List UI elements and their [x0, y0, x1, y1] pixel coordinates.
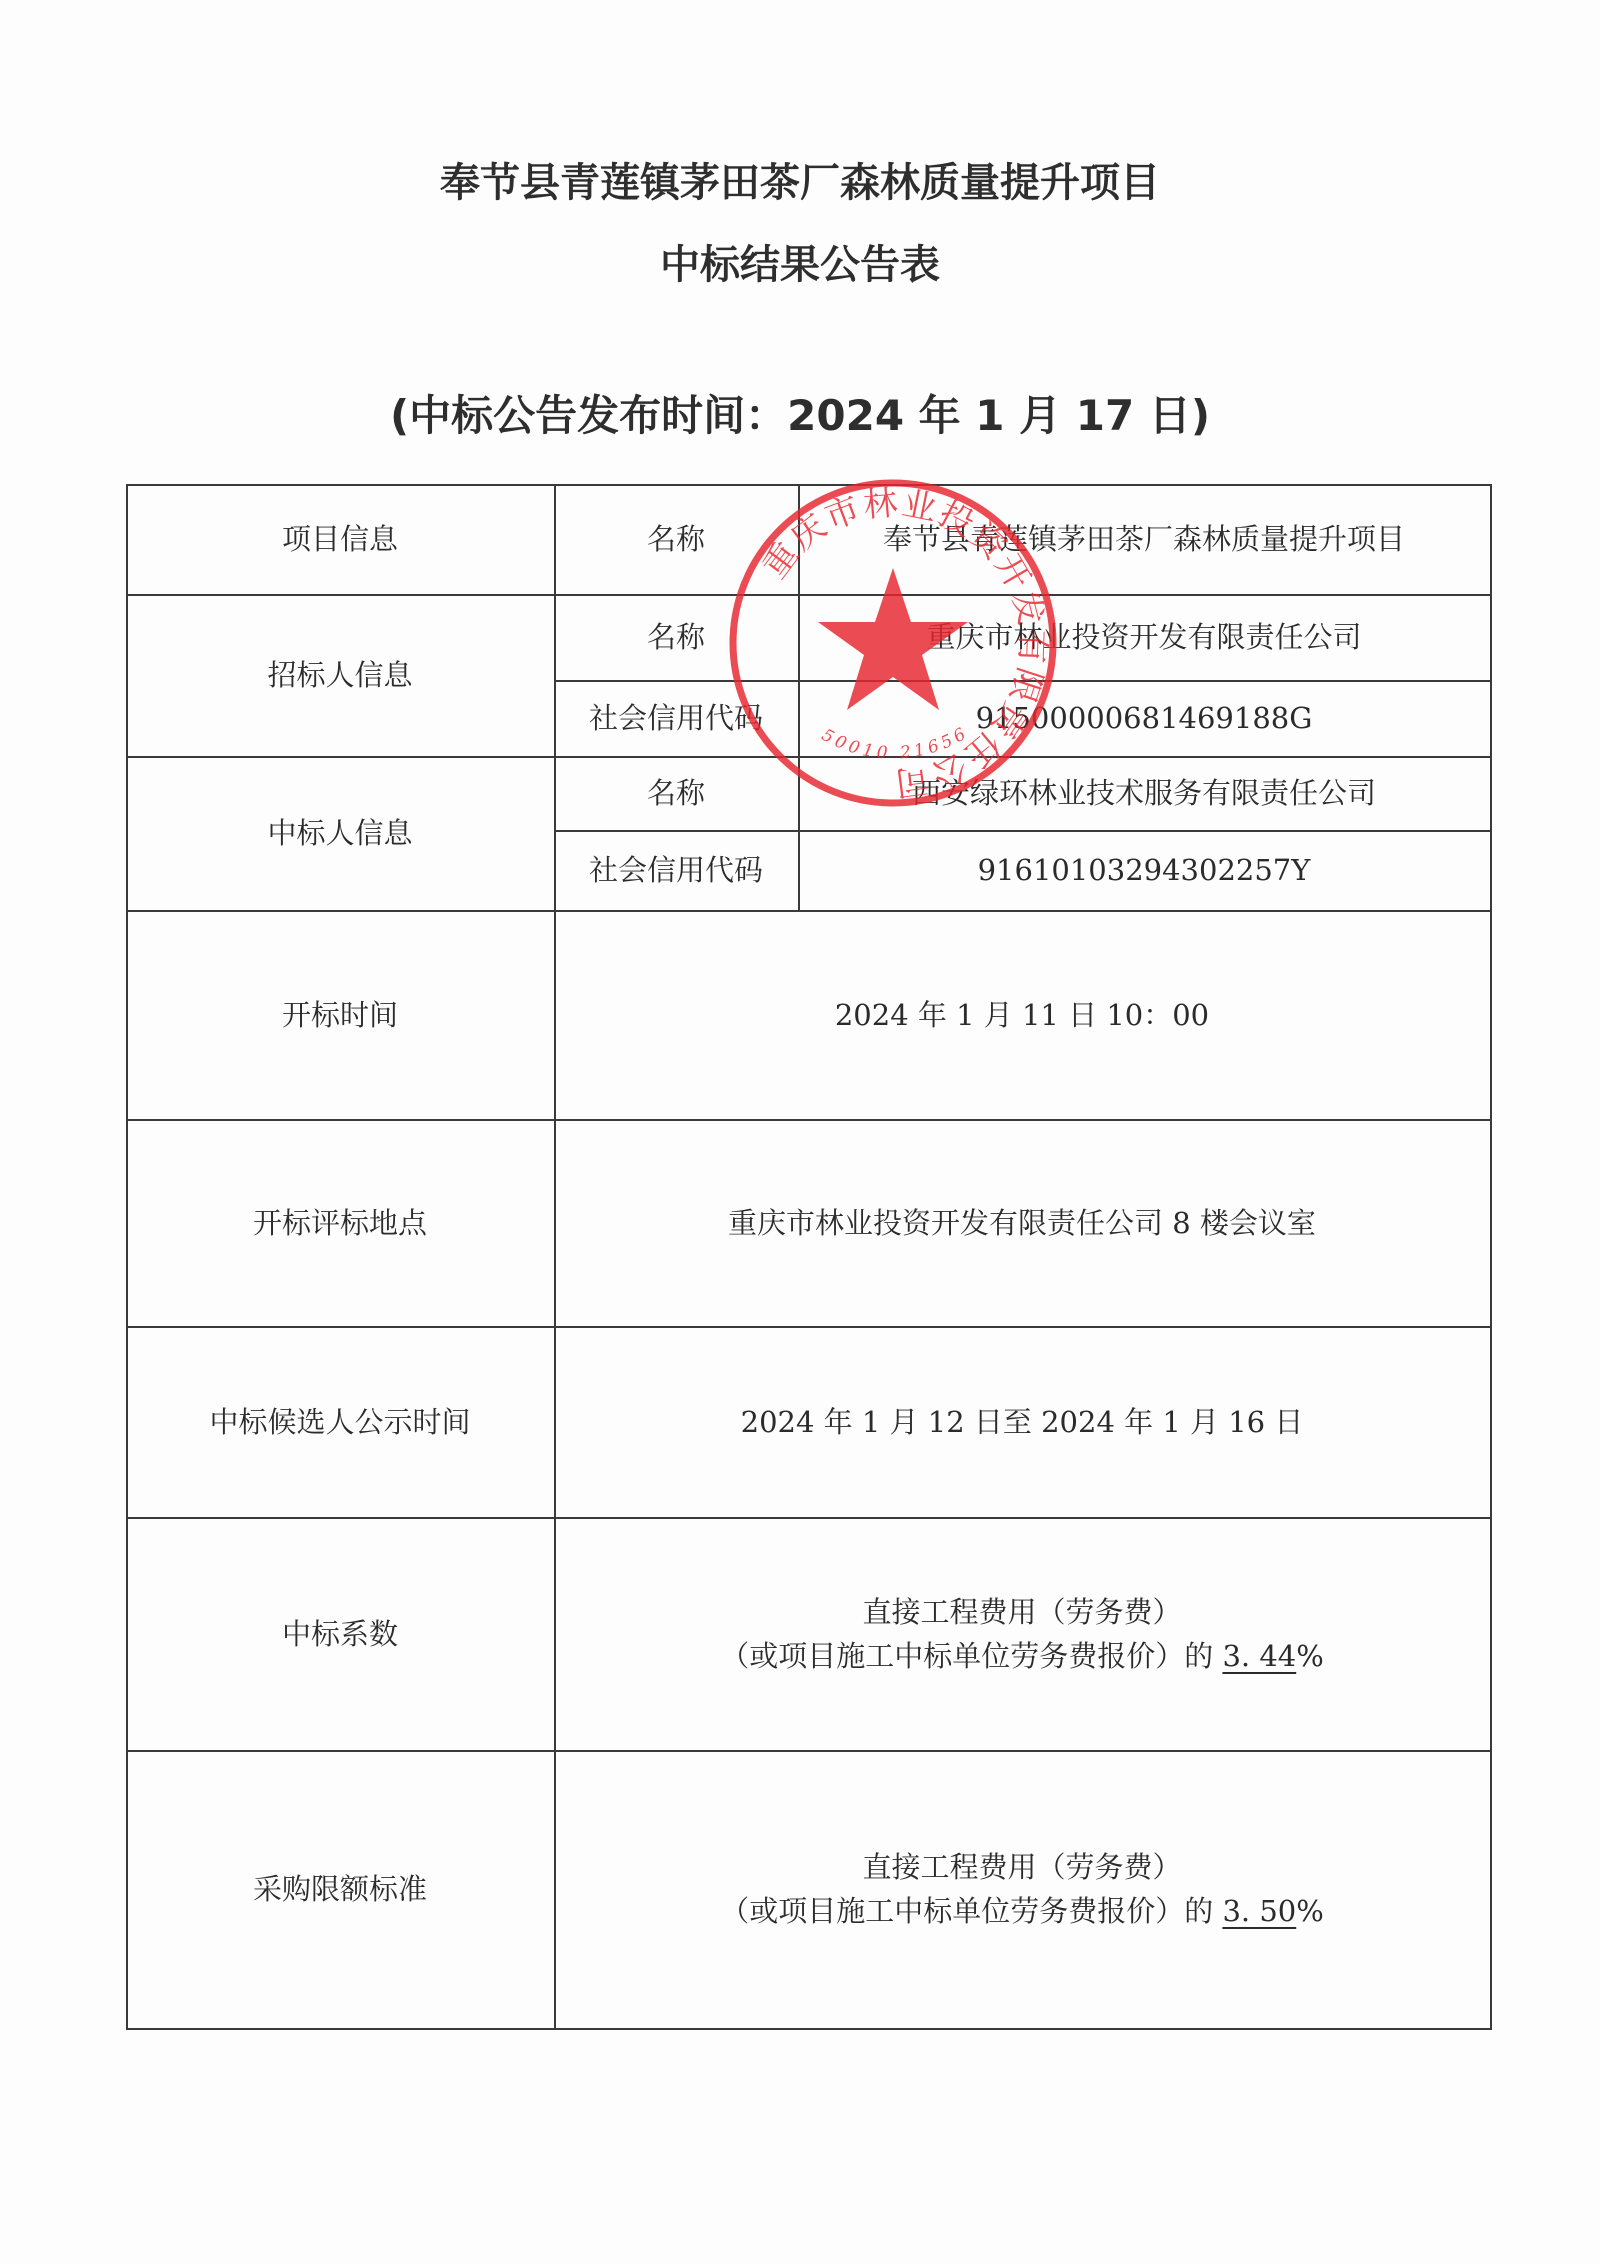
- winner-info-label: 中标人信息: [126, 756, 554, 910]
- tenderer-credit-code-value: 91500000681469188G: [798, 680, 1490, 756]
- procurement-limit-value: 直接工程费用（劳务费） （或项目施工中标单位劳务费报价）的 3. 50%: [554, 1750, 1490, 2028]
- bid-coefficient-line2: （或项目施工中标单位劳务费报价）的 3. 44%: [720, 1634, 1324, 1678]
- procurement-limit-percent-sign: %: [1296, 1894, 1324, 1928]
- project-info-label: 项目信息: [126, 484, 554, 594]
- bid-coefficient-value: 直接工程费用（劳务费） （或项目施工中标单位劳务费报价）的 3. 44%: [554, 1517, 1490, 1750]
- procurement-limit-line2-prefix: （或项目施工中标单位劳务费报价）的: [720, 1894, 1222, 1928]
- publish-time: (中标公告发布时间：2024 年 1 月 17 日): [0, 390, 1600, 442]
- bid-location-value: 重庆市林业投资开发有限责任公司 8 楼会议室: [554, 1119, 1490, 1326]
- candidate-publicity-value: 2024 年 1 月 12 日至 2024 年 1 月 16 日: [554, 1326, 1490, 1517]
- procurement-limit-line1: 直接工程费用（劳务费）: [720, 1845, 1324, 1889]
- candidate-publicity-label: 中标候选人公示时间: [126, 1326, 554, 1517]
- procurement-limit-line2: （或项目施工中标单位劳务费报价）的 3. 50%: [720, 1889, 1324, 1933]
- tenderer-name-value: 重庆市林业投资开发有限责任公司: [798, 594, 1490, 680]
- tenderer-info-label: 招标人信息: [126, 594, 554, 756]
- bid-location-label: 开标评标地点: [126, 1119, 554, 1326]
- project-name-value: 奉节县青莲镇茅田茶厂森林质量提升项目: [798, 484, 1490, 594]
- bid-coefficient-percent: 3. 44: [1222, 1639, 1296, 1673]
- bid-coefficient-text: 直接工程费用（劳务费） （或项目施工中标单位劳务费报价）的 3. 44%: [720, 1590, 1324, 1678]
- bid-coefficient-line2-prefix: （或项目施工中标单位劳务费报价）的: [720, 1639, 1222, 1673]
- winner-name-value: 西安绿环林业技术服务有限责任公司: [798, 756, 1490, 830]
- table-border-bottom: [126, 2028, 1492, 2030]
- tenderer-credit-code-label: 社会信用代码: [554, 680, 798, 756]
- bid-coefficient-percent-sign: %: [1296, 1639, 1324, 1673]
- bid-coefficient-label: 中标系数: [126, 1517, 554, 1750]
- table-border-right: [1490, 484, 1492, 2030]
- award-result-table: 项目信息 名称 奉节县青莲镇茅田茶厂森林质量提升项目 招标人信息 名称 重庆市林…: [126, 484, 1492, 2030]
- procurement-limit-label: 采购限额标准: [126, 1750, 554, 2028]
- project-name-label: 名称: [554, 484, 798, 594]
- document-title: 奉节县青莲镇茅田茶厂森林质量提升项目: [0, 158, 1600, 208]
- tenderer-name-label: 名称: [554, 594, 798, 680]
- bid-opening-time-label: 开标时间: [126, 910, 554, 1119]
- procurement-limit-percent: 3. 50: [1222, 1894, 1296, 1928]
- procurement-limit-text: 直接工程费用（劳务费） （或项目施工中标单位劳务费报价）的 3. 50%: [720, 1845, 1324, 1933]
- winner-credit-code-label: 社会信用代码: [554, 830, 798, 910]
- bid-coefficient-line1: 直接工程费用（劳务费）: [720, 1590, 1324, 1634]
- bid-opening-time-value: 2024 年 1 月 11 日 10：00: [554, 910, 1490, 1119]
- winner-name-label: 名称: [554, 756, 798, 830]
- document-subtitle: 中标结果公告表: [0, 240, 1600, 290]
- winner-credit-code-value: 91610103294302257Y: [798, 830, 1490, 910]
